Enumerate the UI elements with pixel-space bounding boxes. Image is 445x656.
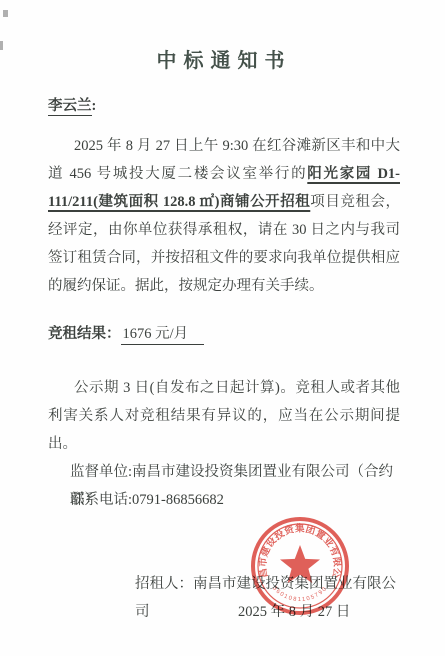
signature-date: 2025 年 8 月 27 日: [48, 598, 400, 626]
addressee-line: 李云兰:: [48, 92, 400, 120]
page-title: 中标通知书: [48, 46, 400, 76]
bid-result-line: 竞租结果：1676 元/月: [48, 320, 400, 348]
contact-phone-line: 联系电话:0791-86856682: [70, 486, 400, 514]
bid-result-value: 1676 元/月: [121, 326, 205, 345]
body-paragraph-1: 2025 年 8 月 27 日上午 9:30 在红谷滩新区丰和中大道 456 号…: [48, 132, 400, 300]
document-page: 中标通知书 李云兰: 2025 年 8 月 27 日上午 9:30 在红谷滩新区…: [0, 0, 445, 656]
addressee-name: 李云兰: [48, 98, 92, 116]
supervisor-line: 监督单位:南昌市建设投资集团置业有限公司（合约部）: [70, 458, 400, 486]
bid-result-label: 竞租结果：: [48, 326, 121, 342]
publicity-paragraph: 公示期 3 日(自发布之日起计算)。竞租人或者其他利害关系人对竞租结果有异议的，…: [48, 374, 400, 458]
signature-block: 招租人：南昌市建设投资集团置业有限公司 2025 年 8 月 27 日: [48, 570, 400, 626]
document-content: 中标通知书 李云兰: 2025 年 8 月 27 日上午 9:30 在红谷滩新区…: [0, 0, 445, 626]
lessor-line: 招租人：南昌市建设投资集团置业有限公司: [48, 570, 400, 598]
addressee-colon: :: [92, 98, 97, 114]
